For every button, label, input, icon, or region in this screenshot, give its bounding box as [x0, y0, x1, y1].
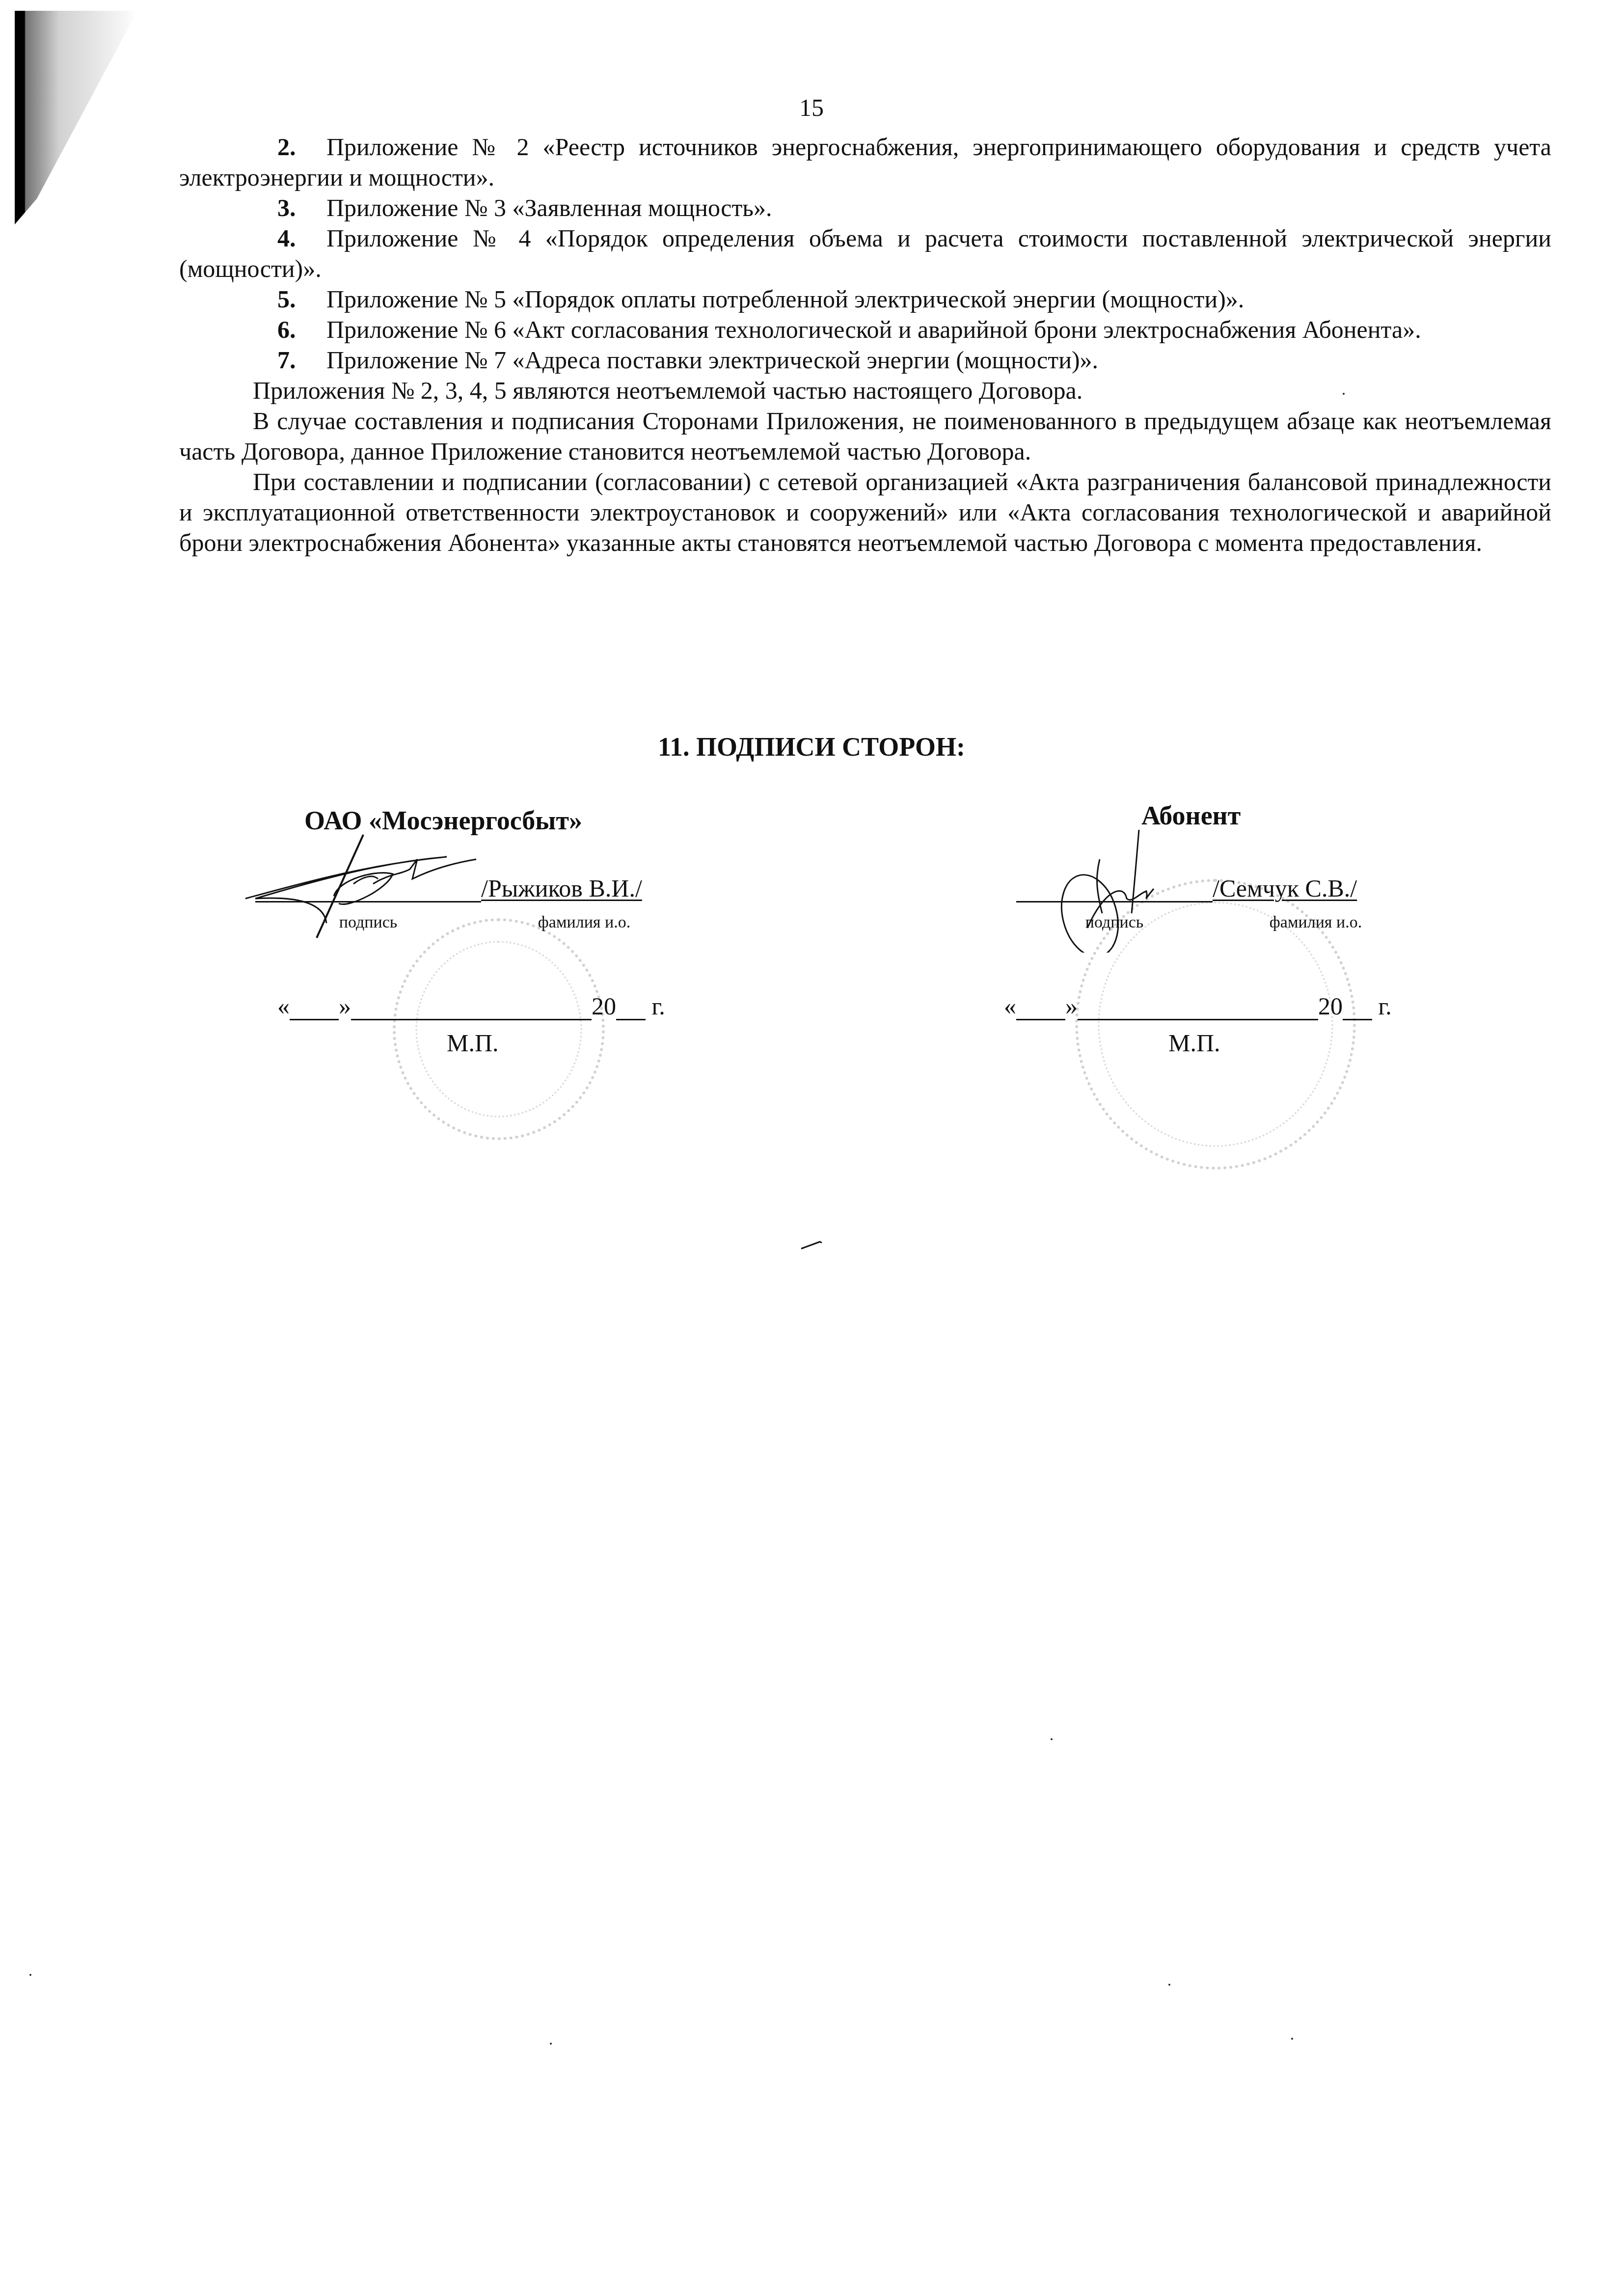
item-text: Приложение № 4 «Порядок определения объе… — [179, 224, 1551, 282]
supplier-party-name: ОАО «Мосэнергосбыт» — [304, 805, 582, 836]
subscriber-caption-signature: подпись — [1016, 913, 1213, 932]
item-number: 2. — [277, 132, 326, 162]
supplier-year-blank — [616, 995, 646, 1020]
supplier-day-blank — [290, 995, 339, 1020]
item-text: Приложение № 7 «Адреса поставки электрич… — [326, 346, 1098, 374]
appendix-item: 4.Приложение № 4 «Порядок определения об… — [179, 223, 1551, 284]
appendix-list-section: 2.Приложение № 2 «Реестр источников энер… — [179, 132, 1551, 558]
supplier-captions: подписьфамилия и.о. — [255, 913, 687, 932]
supplier-signature-line — [255, 875, 481, 902]
supplier-seal-label: М.П. — [447, 1029, 499, 1057]
item-text: Приложение № 3 «Заявленная мощность». — [326, 194, 772, 221]
page-number: 15 — [0, 93, 1623, 122]
scan-speck — [1343, 393, 1345, 395]
subscriber-caption-name: фамилия и.о. — [1213, 913, 1419, 932]
scan-speck — [1051, 1738, 1053, 1740]
date-quote-open: « — [1004, 992, 1016, 1020]
supplier-caption-signature: подпись — [255, 913, 481, 932]
appendix-item: 2.Приложение № 2 «Реестр источников энер… — [179, 132, 1551, 192]
item-number: 6. — [277, 314, 326, 345]
item-text: Приложение № 5 «Порядок оплаты потреблен… — [326, 285, 1244, 313]
date-quote-close: » — [339, 992, 351, 1020]
date-quote-open: « — [277, 992, 290, 1020]
scan-speck — [29, 1974, 31, 1976]
appendix-item: 7.Приложение № 7 «Адреса поставки электр… — [179, 345, 1551, 375]
scan-speck — [550, 2043, 552, 2045]
supplier-signature-row: /Рыжиков В.И./ — [255, 874, 642, 902]
appendix-item: 5.Приложение № 5 «Порядок оплаты потребл… — [179, 284, 1551, 314]
supplier-stamp — [393, 918, 605, 1140]
subscriber-signature-row: /Семчук С.В./ — [1016, 874, 1357, 902]
subscriber-day-blank — [1016, 995, 1065, 1020]
date-quote-close: » — [1065, 992, 1078, 1020]
scan-speck — [1168, 1984, 1170, 1986]
subscriber-seal-label: М.П. — [1168, 1029, 1220, 1057]
scan-speck — [1291, 2038, 1293, 2040]
item-text: Приложение № 6 «Акт согласования техноло… — [326, 316, 1421, 343]
appendix-item: 6.Приложение № 6 «Акт согласования техно… — [179, 314, 1551, 345]
section-heading: 11. ПОДПИСИ СТОРОН: — [0, 732, 1623, 762]
subscriber-year-suffix: г. — [1372, 992, 1392, 1020]
subscriber-year-blank — [1343, 995, 1372, 1020]
supplier-date-row: «»20 г. — [277, 992, 665, 1020]
paragraph-integral-parts: Приложения № 2, 3, 4, 5 являются неотъем… — [179, 375, 1551, 406]
item-number: 4. — [277, 223, 326, 253]
stray-pen-mark — [800, 1240, 825, 1250]
supplier-year-prefix: 20 — [592, 992, 616, 1020]
subscriber-party-name: Абонент — [1141, 800, 1241, 831]
item-number: 3. — [277, 192, 326, 223]
document-page: 15 2.Приложение № 2 «Реестр источников э… — [0, 0, 1623, 2296]
item-text: Приложение № 2 «Реестр источников энерго… — [179, 133, 1551, 191]
subscriber-date-row: «»20 г. — [1004, 992, 1392, 1020]
supplier-caption-name: фамилия и.о. — [481, 913, 687, 932]
subscriber-signature-line — [1016, 875, 1213, 902]
item-number: 5. — [277, 284, 326, 314]
subscriber-captions: подписьфамилия и.о. — [1016, 913, 1419, 932]
supplier-signatory-name: /Рыжиков В.И./ — [481, 874, 642, 902]
paragraph-network-acts: При составлении и подписании (согласован… — [179, 466, 1551, 558]
subscriber-month-blank — [1078, 995, 1318, 1020]
appendix-item: 3.Приложение № 3 «Заявленная мощность». — [179, 192, 1551, 223]
subscriber-year-prefix: 20 — [1318, 992, 1343, 1020]
paragraph-unnamed-appendix: В случае составления и подписания Сторон… — [179, 406, 1551, 466]
subscriber-signatory-name: /Семчук С.В./ — [1213, 874, 1357, 902]
supplier-year-suffix: г. — [646, 992, 665, 1020]
item-number: 7. — [277, 345, 326, 375]
supplier-month-blank — [351, 995, 592, 1020]
